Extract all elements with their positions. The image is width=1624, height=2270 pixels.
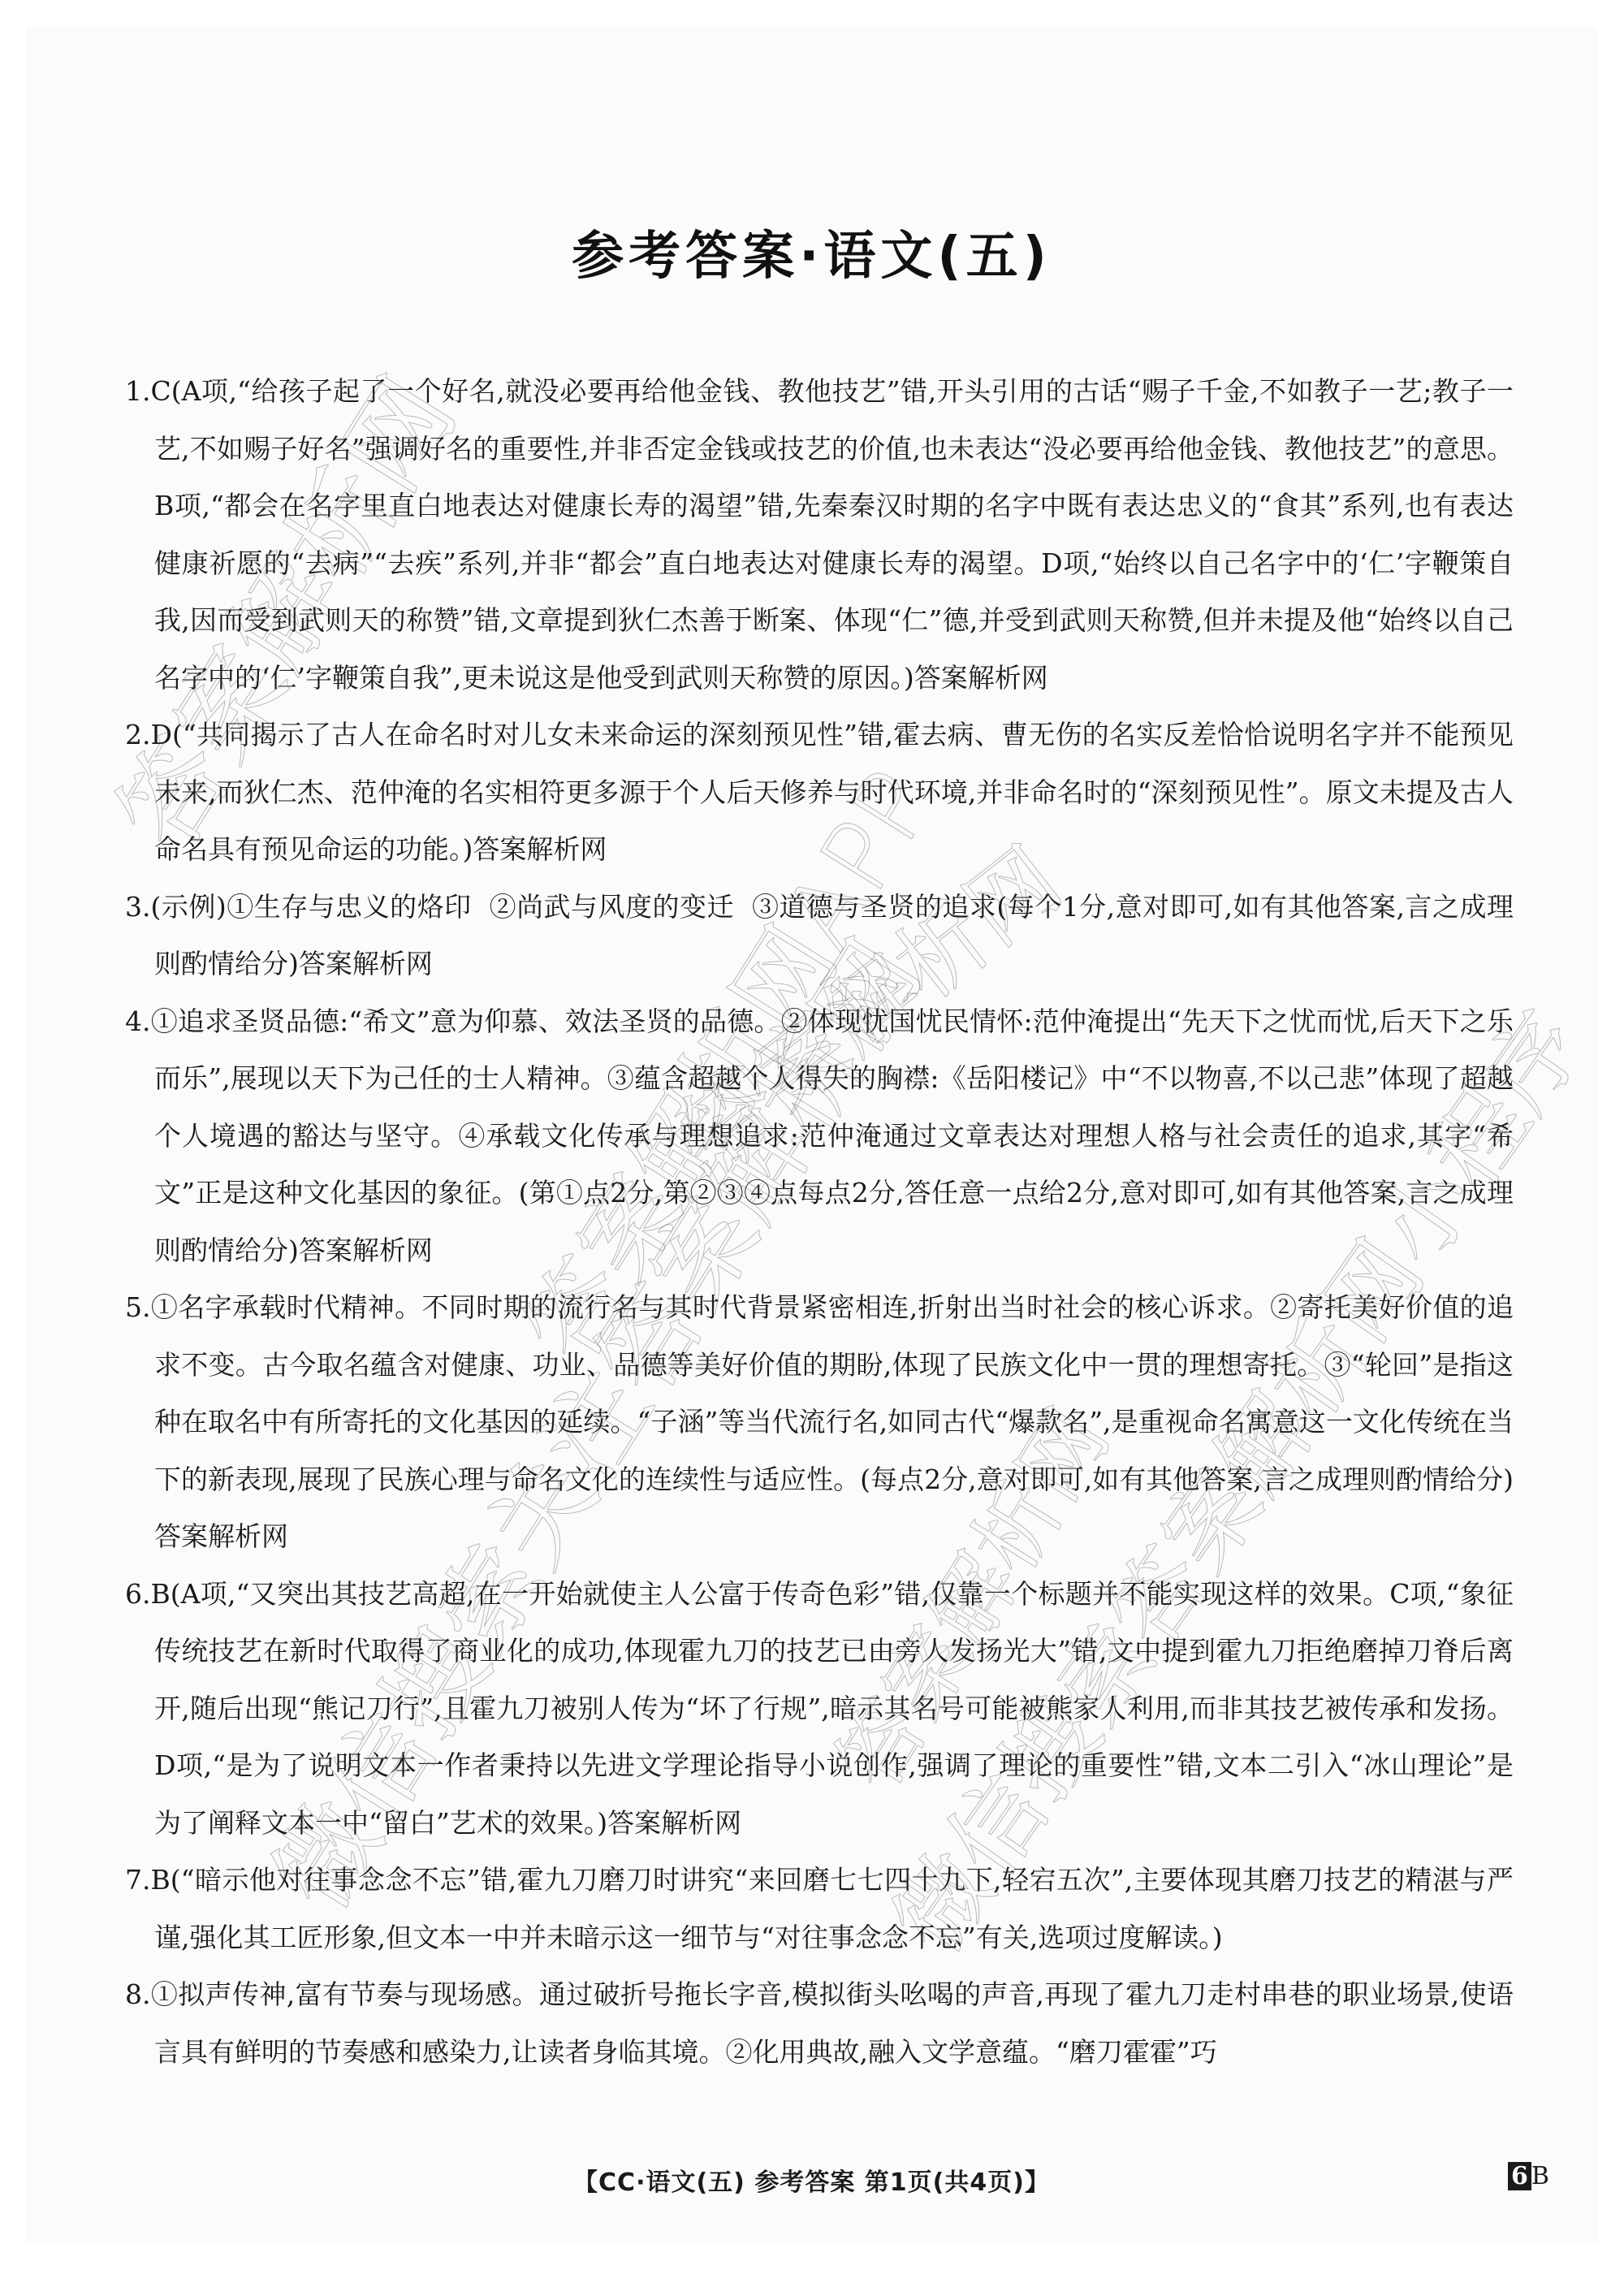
footer-code-badge: 6 — [1508, 2162, 1531, 2190]
footer-code-suffix: B — [1531, 2162, 1549, 2190]
item-text: D(“共同揭示了古人在命名时对儿女未来命运的深刻预见性”错,霍去病、曹无伤的名实… — [151, 719, 1514, 865]
item-number: 5. — [125, 1291, 151, 1323]
item-text: ①追求圣贤品德:“希文”意为仰慕、效法圣贤的品德。②体现忧国忧民情怀:范仲淹提出… — [151, 1005, 1514, 1266]
answer-list: 1.C(A项,“给孩子起了一个好名,就没必要再给他金钱、教他技艺”错,开头引用的… — [125, 363, 1514, 2081]
item-text: B(A项,“又突出其技艺高超,在一开始就使主人公富于传奇色彩”错,仅靠一个标题并… — [151, 1578, 1514, 1839]
answer-item-1: 1.C(A项,“给孩子起了一个好名,就没必要再给他金钱、教他技艺”错,开头引用的… — [125, 363, 1514, 707]
item-number: 2. — [125, 719, 151, 750]
item-number: 7. — [125, 1864, 151, 1896]
item-text: ①拟声传神,富有节奏与现场感。通过破折号拖长字音,模拟街头吆喝的声音,再现了霍九… — [151, 1978, 1514, 2068]
answer-item-6: 6.B(A项,“又突出其技艺高超,在一开始就使主人公富于传奇色彩”错,仅靠一个标… — [125, 1566, 1514, 1853]
item-text: C(A项,“给孩子起了一个好名,就没必要再给他金钱、教他技艺”错,开头引用的古话… — [151, 375, 1514, 694]
footer-code: 6B — [1508, 2162, 1549, 2190]
answer-item-7: 7.B(“暗示他对往事念念不忘”错,霍九刀磨刀时讲究“来回磨七七四十九下,轻宕五… — [125, 1852, 1514, 1966]
item-number: 4. — [125, 1005, 151, 1037]
item-number: 1. — [125, 375, 151, 407]
item-number: 6. — [125, 1578, 151, 1610]
footer-page-info: 【CC·语文(五) 参考答案 第1页(共4页)】 — [26, 2162, 1597, 2198]
item-number: 3. — [125, 891, 151, 923]
item-text: (示例)①生存与忠义的烙印 ②尚武与风度的变迁 ③道德与圣贤的追求(每个1分,意… — [151, 891, 1514, 980]
item-text: ①名字承载时代精神。不同时期的流行名与其时代背景紧密相连,折射出当时社会的核心诉… — [151, 1291, 1514, 1552]
answer-item-2: 2.D(“共同揭示了古人在命名时对儿女未来命运的深刻预见性”错,霍去病、曹无伤的… — [125, 707, 1514, 879]
page-title: 参考答案·语文(五) — [26, 214, 1597, 289]
answer-key-page: 参考答案·语文(五) 1.C(A项,“给孩子起了一个好名,就没必要再给他金钱、教… — [26, 26, 1597, 2243]
page-footer: 【CC·语文(五) 参考答案 第1页(共4页)】 6B — [26, 2162, 1597, 2203]
answer-item-8: 8.①拟声传神,富有节奏与现场感。通过破折号拖长字音,模拟街头吆喝的声音,再现了… — [125, 1966, 1514, 2081]
answer-item-5: 5.①名字承载时代精神。不同时期的流行名与其时代背景紧密相连,折射出当时社会的核… — [125, 1279, 1514, 1566]
item-number: 8. — [125, 1978, 151, 2010]
answer-item-4: 4.①追求圣贤品德:“希文”意为仰慕、效法圣贤的品德。②体现忧国忧民情怀:范仲淹… — [125, 993, 1514, 1280]
item-text: B(“暗示他对往事念念不忘”错,霍九刀磨刀时讲究“来回磨七七四十九下,轻宕五次”… — [151, 1864, 1514, 1953]
answer-item-3: 3.(示例)①生存与忠义的烙印 ②尚武与风度的变迁 ③道德与圣贤的追求(每个1分… — [125, 879, 1514, 993]
